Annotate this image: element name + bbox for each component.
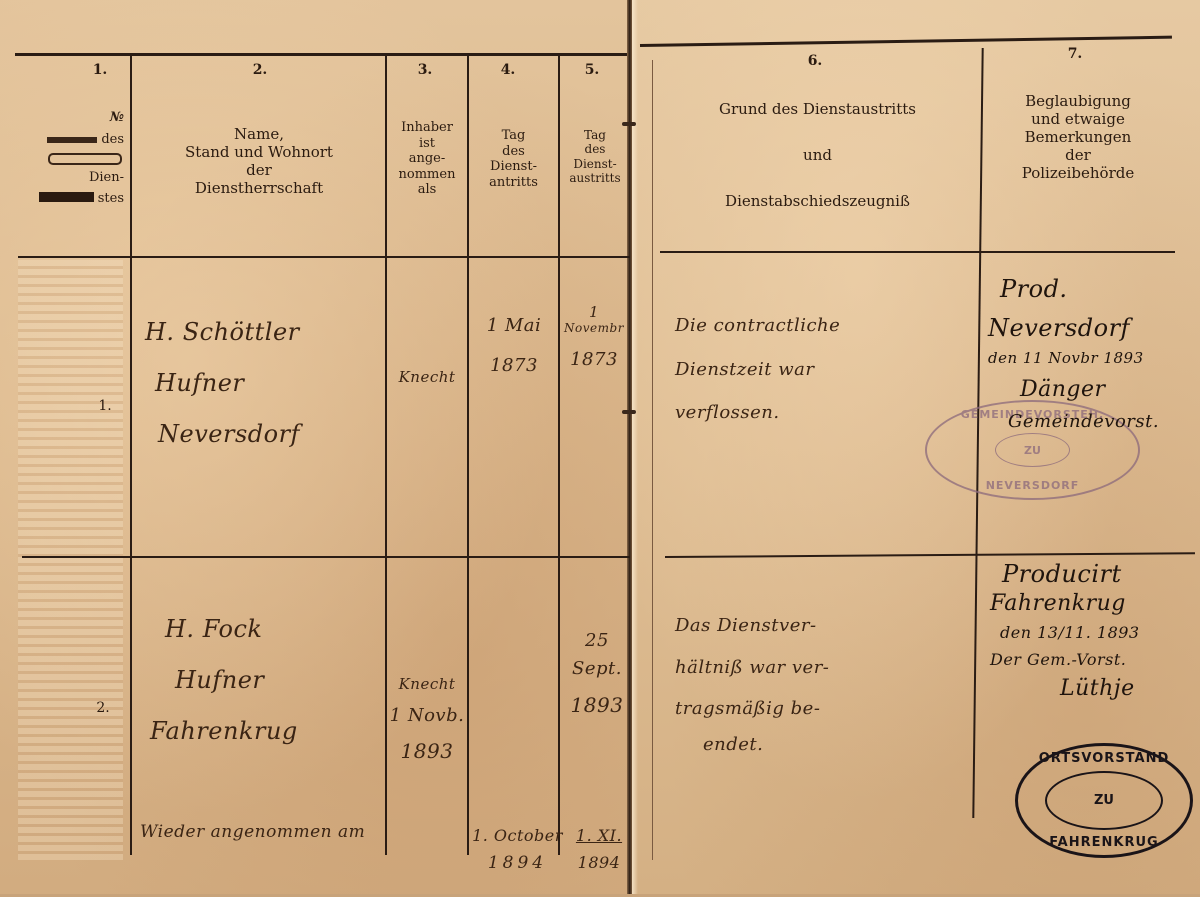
col-number-3: 3. [405, 62, 445, 79]
col-number-1: 1. [80, 62, 120, 79]
col-number-7: 7. [1055, 46, 1095, 63]
col7-header: Beglaubigung und etwaige Bemerkungen der… [982, 92, 1174, 182]
row2-reengaged-end: 1. XI. 1894 [565, 826, 633, 872]
row2-number: 2. [88, 700, 118, 717]
row2-reengaged-note: Wieder angenommen am [140, 822, 470, 842]
col-divider-1 [130, 55, 132, 855]
row1-certification: Prod. Neversdorf den 11 Novbr 1893 Dänge… [988, 275, 1198, 433]
col5-header: Tag des Dienst- austritts [560, 128, 630, 186]
col-divider-5 [652, 60, 653, 860]
row2-reengaged-start: 1. October 1894 [470, 826, 565, 874]
row1-employer: H. Schöttler Hufner Neversdorf [140, 318, 380, 448]
col-number-5: 5. [572, 62, 612, 79]
row1-position: Knecht [388, 368, 466, 386]
row1-number: 1. [90, 398, 120, 415]
row2-end-date: 25 Sept. 1893 [562, 630, 632, 717]
col6-header: Grund des Dienstaustritts und Dienstabsc… [660, 100, 975, 210]
row2-employer: H. Fock Hufner Fahrenkrug [140, 615, 380, 745]
col4-header: Tag des Dienst- antritts [469, 128, 558, 190]
row2-position: Knecht 1 Novb. 1893 [388, 675, 466, 763]
row1-start-date: 1 Mai 1873 [470, 315, 558, 376]
ortsvorstand-stamp: ORTSVORSTAND ZU FAHRENKRUG [1015, 743, 1193, 858]
row2-certification: Producirt Fahrenkrug den 13/11. 1893 Der… [990, 560, 1200, 702]
binding-stitch [622, 122, 636, 126]
row1-end-date: 1 Novembr 1873 [560, 303, 628, 371]
col1-header: № des Dien- stes [20, 110, 124, 207]
col2-header: Name, Stand und Wohnort der Dienstherrsc… [135, 125, 383, 197]
row1-bottom-rule [22, 556, 630, 558]
left-margin-texture [18, 260, 123, 860]
col3-header: Inhaber ist ange- nommen als [387, 120, 467, 198]
header-bottom-rule [18, 256, 630, 258]
binding-stitch [622, 410, 636, 414]
col-number-2: 2. [240, 62, 280, 79]
spine-highlight [632, 0, 638, 897]
header-top-rule [15, 53, 627, 56]
col-number-6: 6. [795, 53, 835, 70]
header-bottom-rule-right [660, 251, 1175, 253]
col-number-4: 4. [488, 62, 528, 79]
row2-reason: Das Dienstver- hältniß war ver- tragsmäß… [675, 615, 975, 755]
